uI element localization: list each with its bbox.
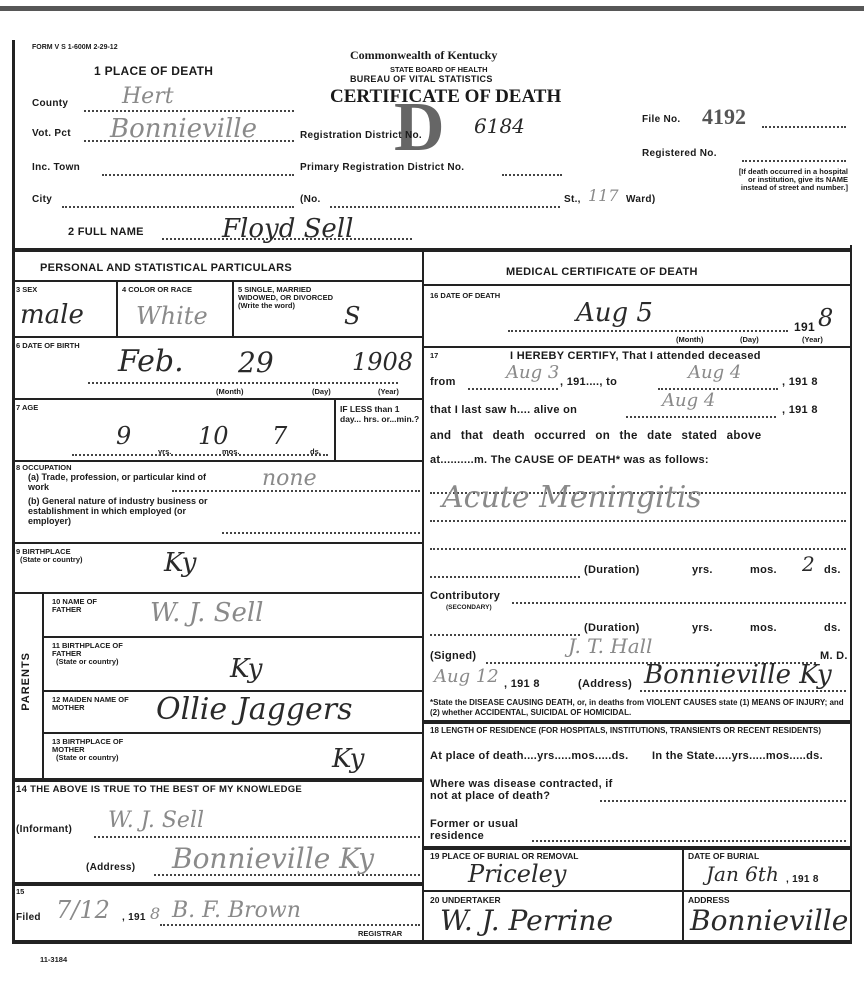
contrib-ds-label: ds. xyxy=(824,622,841,634)
rule-m4 xyxy=(424,890,850,892)
burial-label: 19 PLACE OF BURIAL OR REMOVAL xyxy=(430,852,578,860)
marital-label: 5 SINGLE, MARRIED WIDOWED, OR DIVORCED (… xyxy=(238,286,338,310)
st-label: St., xyxy=(564,194,581,205)
frame-left xyxy=(12,40,15,940)
county-label: County xyxy=(32,98,68,109)
date-of-death-month: Aug 5 xyxy=(576,298,653,328)
vot-pct-value: Bonnieville xyxy=(110,114,257,144)
registration-district-label: Registration District No. xyxy=(300,130,422,141)
age-yrs: 9 xyxy=(116,422,131,450)
dob-day-caption: (Day) xyxy=(312,388,331,396)
registrar-line xyxy=(160,924,420,926)
occupation-label: 8 OCCUPATION xyxy=(16,464,72,472)
contracted-line xyxy=(600,800,846,802)
personal-heading: PERSONAL AND STATISTICAL PARTICULARS xyxy=(40,262,292,274)
form-number: FORM V S 1-600M 2-29-12 xyxy=(32,44,118,52)
dob-year-caption: (Year) xyxy=(378,388,399,396)
medical-heading: MEDICAL CERTIFICATE OF DEATH xyxy=(506,266,698,278)
registered-no-line xyxy=(742,160,846,162)
date-of-death-label: 16 DATE OF DEATH xyxy=(430,292,500,300)
mother-birthplace-sub: (State or country) xyxy=(56,754,119,762)
ward-label: Ward) xyxy=(626,194,655,205)
cause-line-3 xyxy=(430,548,846,550)
rule-m1 xyxy=(424,346,850,348)
stamp-letter: D xyxy=(394,88,445,168)
occupation-a-value: none xyxy=(262,466,317,491)
sex-value: male xyxy=(20,300,84,330)
hospital-note: [If death occurred in a hospital or inst… xyxy=(730,168,848,192)
occupation-b-line xyxy=(222,532,420,534)
dob-line xyxy=(88,382,398,384)
undertaker-label: 20 UNDERTAKER xyxy=(430,896,501,904)
board: STATE BOARD OF HEALTH xyxy=(390,66,488,74)
vot-pct-label: Vot. Pct xyxy=(32,128,71,139)
signed-address-label: (Address) xyxy=(578,678,632,690)
duration-lead xyxy=(430,576,580,578)
last-saw-year: , 191 8 xyxy=(782,404,818,416)
inc-town-line xyxy=(102,174,294,176)
file-no-label: File No. xyxy=(642,114,681,125)
rule-1 xyxy=(12,336,422,338)
death-certificate: FORM V S 1-600M 2-29-12 1 PLACE OF DEATH… xyxy=(12,40,852,952)
dob-label: 6 DATE OF BIRTH xyxy=(16,342,80,350)
death-day-caption: (Day) xyxy=(740,336,759,344)
name-divider xyxy=(12,248,852,252)
registrar-value: B. F. Brown xyxy=(172,898,301,923)
father-birthplace-label: 11 BIRTHPLACE OF FATHER xyxy=(52,642,142,658)
contrib-duration-lead xyxy=(430,634,580,636)
at-text: at..........m. The CAUSE OF DEATH* was a… xyxy=(430,454,709,466)
less-than-day: IF LESS than 1 day... hrs. or...min.? xyxy=(340,404,420,424)
duration-ds-value: 2 xyxy=(802,552,815,576)
informant-address-value: Bonnieville Ky xyxy=(172,842,374,875)
column-divider xyxy=(422,252,424,940)
inc-town-label: Inc. Town xyxy=(32,162,80,173)
city-label: City xyxy=(32,194,52,205)
contracted-label: Where was disease contracted, if not at … xyxy=(430,778,630,802)
former-label: Former or usual residence xyxy=(430,818,550,842)
undertaker-value: W. J. Perrine xyxy=(440,904,613,937)
duration-label: (Duration) xyxy=(584,564,640,576)
no-label: (No. xyxy=(300,194,321,205)
county-line xyxy=(84,110,294,112)
age-line xyxy=(72,454,328,456)
city-line xyxy=(62,206,294,208)
in-state-label: In the State.....yrs.....mos.....ds. xyxy=(652,750,848,762)
dob-year: 1908 xyxy=(352,348,413,376)
dob-month: Feb. xyxy=(118,344,184,379)
burial-value: Priceley xyxy=(468,860,566,888)
frame-right xyxy=(850,245,852,940)
undertaker-address-label: ADDRESS xyxy=(688,896,730,904)
personal-heading-rule xyxy=(12,280,422,282)
certify-number: 17 xyxy=(430,352,438,360)
marital-value: S xyxy=(344,302,360,330)
race-label: 4 COLOR OR RACE xyxy=(122,286,192,294)
mother-birthplace-value: Ky xyxy=(332,744,364,774)
parents-label: PARENTS xyxy=(20,652,32,711)
file-no-line xyxy=(762,126,846,128)
parents-divider xyxy=(42,592,44,778)
rule-4 xyxy=(12,542,422,544)
age-ds: 7 xyxy=(272,422,287,450)
birthplace-sub: (State or country) xyxy=(20,556,83,564)
contrib-mos-label: mos. xyxy=(750,622,777,634)
full-name-value: Floyd Sell xyxy=(222,214,353,244)
from-label: from xyxy=(430,376,456,388)
medical-heading-rule xyxy=(424,284,850,286)
from-line xyxy=(468,388,558,390)
age-divider xyxy=(334,398,336,460)
filed-year-suffix: 8 xyxy=(150,904,160,923)
father-name-value: W. J. Sell xyxy=(150,598,263,628)
file-no-value: 4192 xyxy=(702,104,746,130)
dob-month-caption: (Month) xyxy=(216,388,243,396)
certify-text: I HEREBY CERTIFY, That I attended deceas… xyxy=(510,350,761,362)
rule-2 xyxy=(12,398,422,400)
full-name-label: 2 FULL NAME xyxy=(68,226,144,238)
residence-heading: 18 LENGTH OF RESIDENCE (FOR HOSPITALS, I… xyxy=(430,726,848,736)
scan-edge xyxy=(0,6,864,11)
county-value: Hert xyxy=(122,84,174,109)
last-saw-value: Aug 4 xyxy=(662,390,715,411)
father-birthplace-sub: (State or country) xyxy=(56,658,119,666)
father-birthplace-value: Ky xyxy=(230,654,262,684)
rule-5 xyxy=(12,592,422,594)
occurred-text: and that death occurred on the date stat… xyxy=(430,430,761,442)
bottom-rule xyxy=(12,940,852,944)
undertaker-address-value: Bonnieville xyxy=(690,904,848,937)
last-saw-line xyxy=(626,416,776,418)
street-line xyxy=(330,206,560,208)
informant-address-label: (Address) xyxy=(86,862,135,873)
registrar-label: REGISTRAR xyxy=(358,930,402,938)
contributory-label: Contributory xyxy=(430,590,500,602)
duration-yrs-label: yrs. xyxy=(692,564,713,576)
former-line xyxy=(532,840,846,842)
burial-year: , 191 8 xyxy=(786,874,819,885)
secondary-label: (SECONDARY) xyxy=(446,604,492,612)
duration-mos-label: mos. xyxy=(750,564,777,576)
registered-no-label: Registered No. xyxy=(642,148,717,159)
to-label: , 191...., to xyxy=(560,376,617,388)
commonwealth: Commonwealth of Kentucky xyxy=(350,48,497,63)
mother-name-value: Ollie Jaggers xyxy=(156,692,352,727)
filed-year-prefix: , 191 xyxy=(122,912,146,923)
signed-address-line xyxy=(640,690,846,692)
duration-ds-label: ds. xyxy=(824,564,841,576)
rule-6 xyxy=(42,636,422,638)
from-value: Aug 3 xyxy=(506,362,559,383)
informant-value: W. J. Sell xyxy=(108,808,204,833)
to-value: Aug 4 xyxy=(688,362,741,383)
birthplace-value: Ky xyxy=(164,548,196,578)
father-name-label: 10 NAME OF FATHER xyxy=(52,598,112,614)
last-saw-label: that I last saw h.... alive on xyxy=(430,404,577,416)
mother-birthplace-label: 13 BIRTHPLACE OF MOTHER xyxy=(52,738,142,754)
signed-value: J. T. Hall xyxy=(568,634,652,658)
occupation-b-label: (b) General nature of industry business … xyxy=(28,496,228,526)
date-of-death-year-suffix: 8 xyxy=(818,304,833,332)
burial-divider xyxy=(682,846,684,940)
filed-value: 7/12 xyxy=(56,896,110,924)
cause-value: Acute Meningitis xyxy=(442,480,702,515)
at-place-label: At place of death....yrs.....mos.....ds. xyxy=(430,750,640,762)
contrib-duration-label: (Duration) xyxy=(584,622,640,634)
occupation-a-label: (a) Trade, profession, or particular kin… xyxy=(28,472,228,492)
primary-registration-label: Primary Registration District No. xyxy=(300,162,464,173)
death-month-caption: (Month) xyxy=(676,336,703,344)
rule-9 xyxy=(12,778,422,782)
signed-date-value: Aug 12 xyxy=(434,666,499,687)
to-year: , 191 8 xyxy=(782,376,818,388)
age-mos: 10 xyxy=(198,422,229,450)
filed-label: Filed xyxy=(16,912,41,923)
rule-10 xyxy=(12,882,422,886)
bureau: BUREAU OF VITAL STATISTICS xyxy=(350,74,493,84)
informant-label: (Informant) xyxy=(16,824,72,835)
registration-district-value: 6184 xyxy=(474,114,525,138)
informant-line xyxy=(94,836,420,838)
signed-year: , 191 8 xyxy=(504,678,540,690)
filed-number: 15 xyxy=(16,888,24,896)
race-divider xyxy=(232,282,234,336)
primary-registration-line xyxy=(502,174,562,176)
contributory-line xyxy=(512,602,846,604)
cause-line-2 xyxy=(430,520,846,522)
place-of-death-heading: 1 PLACE OF DEATH xyxy=(94,64,213,78)
rule-m2 xyxy=(424,720,850,724)
burial-date-label: DATE OF BURIAL xyxy=(688,852,759,860)
death-year-caption: (Year) xyxy=(802,336,823,344)
rule-3 xyxy=(12,460,422,462)
sex-divider xyxy=(116,282,118,336)
date-of-death-year-prefix: 191 xyxy=(794,320,815,334)
ward-value: 117 xyxy=(588,186,619,205)
age-label: 7 AGE xyxy=(16,404,38,412)
race-value: White xyxy=(136,302,208,330)
signed-address-value: Bonnieville Ky xyxy=(644,660,832,690)
burial-date-value: Jan 6th xyxy=(706,862,779,886)
footer-code: 11-3184 xyxy=(40,956,67,964)
mother-name-label: 12 MAIDEN NAME OF MOTHER xyxy=(52,696,152,712)
rule-8 xyxy=(42,732,422,734)
dob-day: 29 xyxy=(238,346,274,379)
sex-label: 3 SEX xyxy=(16,286,37,294)
contrib-yrs-label: yrs. xyxy=(692,622,713,634)
informant-heading: 14 THE ABOVE IS TRUE TO THE BEST OF MY K… xyxy=(16,784,302,795)
footnote: *State the DISEASE CAUSING DEATH, or, in… xyxy=(430,698,848,718)
rule-m3 xyxy=(424,846,850,850)
certificate-title: CERTIFICATE OF DEATH xyxy=(330,86,561,108)
date-of-death-line xyxy=(508,330,788,332)
signed-label: (Signed) xyxy=(430,650,476,662)
